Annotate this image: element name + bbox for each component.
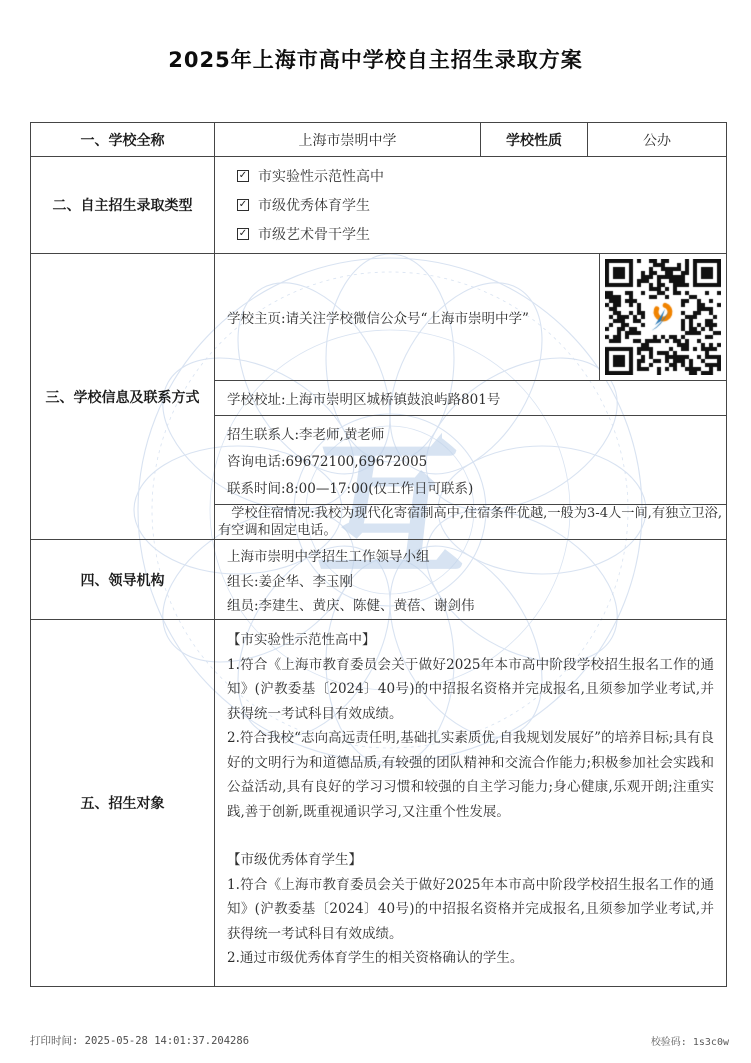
row-enrollment-targets: 五、招生对象 【市实验性示范性高中】 1.符合《上海市教育委员会关于做好2025… (31, 620, 726, 986)
checksum-label: 校验码: (651, 1037, 687, 1048)
leadership-content: 上海市崇明中学招生工作领导小组 组长:姜企华、李玉刚 组员:李建生、黄庆、陈健、… (215, 540, 726, 619)
checked-checkbox-icon: ✓ (237, 170, 249, 182)
homepage-text: 学校主页:请关注学校微信公众号“上海市崇明中学” (215, 254, 599, 380)
option-demonstrative-high-school: ✓ 市实验性示范性高中 (237, 166, 726, 186)
contact-person: 招生联系人:李老师,黄老师 (227, 423, 726, 443)
leadership-members: 组员:李建生、黄庆、陈健、黄蓓、谢剑伟 (227, 594, 726, 614)
leadership-label: 四、领导机构 (31, 540, 215, 619)
school-nature-label: 学校性质 (481, 123, 588, 156)
homepage-subrow: 学校主页:请关注学校微信公众号“上海市崇明中学” (215, 254, 726, 381)
option-sports-students: ✓ 市级优秀体育学生 (237, 195, 726, 215)
qr-code-cell (599, 254, 726, 380)
accommodation-subrow: 学校住宿情况:我校为现代化寄宿制高中,住宿条件优越,一般为3-4人一间,有独立卫… (215, 505, 726, 539)
school-name-value: 上海市崇明中学 (215, 123, 481, 156)
qr-code-icon (605, 259, 721, 375)
leadership-group: 上海市崇明中学招生工作领导小组 (227, 545, 726, 565)
page-title: 2025年上海市高中学校自主招生录取方案 (0, 44, 751, 74)
print-time-value: 2025-05-28 14:01:37.204286 (85, 1035, 249, 1047)
school-info-label: 三、学校信息及联系方式 (31, 254, 215, 539)
targets-paragraph: 2.通过市级优秀体育学生的相关资格确认的学生。 (227, 946, 714, 971)
enrollment-targets-content: 【市实验性示范性高中】 1.符合《上海市教育委员会关于做好2025年本市高中阶段… (215, 620, 726, 986)
row-school-name: 一、学校全称 上海市崇明中学 学校性质 公办 (31, 123, 726, 157)
option-label: 市级艺术骨干学生 (258, 224, 370, 244)
school-name-label: 一、学校全称 (31, 123, 215, 156)
enrollment-type-options: ✓ 市实验性示范性高中 ✓ 市级优秀体育学生 ✓ 市级艺术骨干学生 (215, 157, 726, 253)
option-label: 市实验性示范性高中 (258, 166, 384, 186)
address-subrow: 学校校址:上海市崇明区城桥镇鼓浪屿路801号 (215, 381, 726, 416)
checked-checkbox-icon: ✓ (237, 199, 249, 211)
page-footer: 打印时间: 2025-05-28 14:01:37.204286 校验码: 1s… (30, 1033, 729, 1048)
contact-subrow: 招生联系人:李老师,黄老师 咨询电话:69672100,69672005 联系时… (215, 416, 726, 505)
targets-paragraph: 2.符合我校“志向高远责任明,基础扎实素质优,自我规划发展好”的培养目标;具有良… (227, 726, 714, 824)
targets-section-heading: 【市实验性示范性高中】 (227, 628, 714, 653)
contact-time: 联系时间:8:00—17:00(仅工作日可联系) (227, 477, 726, 497)
targets-blank-line (227, 824, 714, 848)
enrollment-types-label: 二、自主招生录取类型 (31, 157, 215, 253)
checked-checkbox-icon: ✓ (237, 228, 249, 240)
document-page: 互 2025年上海市高中学校自主招生录取方案 一、学校全称 上海市崇明中学 学校… (0, 0, 751, 1063)
checksum: 校验码: 1s3c0w (651, 1033, 729, 1048)
print-time-label: 打印时间: (30, 1035, 78, 1047)
option-arts-students: ✓ 市级艺术骨干学生 (237, 224, 726, 244)
leadership-head: 组长:姜企华、李玉刚 (227, 570, 726, 590)
row-leadership: 四、领导机构 上海市崇明中学招生工作领导小组 组长:姜企华、李玉刚 组员:李建生… (31, 540, 726, 620)
print-time: 打印时间: 2025-05-28 14:01:37.204286 (30, 1033, 249, 1048)
admission-plan-table: 一、学校全称 上海市崇明中学 学校性质 公办 二、自主招生录取类型 ✓ 市实验性… (30, 122, 727, 987)
school-info-content: 学校主页:请关注学校微信公众号“上海市崇明中学” 学校校址:上海市崇明区城桥镇鼓… (215, 254, 726, 539)
enrollment-targets-label: 五、招生对象 (31, 620, 215, 986)
targets-section-heading: 【市级优秀体育学生】 (227, 848, 714, 873)
contact-phone: 咨询电话:69672100,69672005 (227, 450, 726, 470)
row-enrollment-types: 二、自主招生录取类型 ✓ 市实验性示范性高中 ✓ 市级优秀体育学生 ✓ 市级艺术… (31, 157, 726, 254)
targets-paragraph: 1.符合《上海市教育委员会关于做好2025年本市高中阶段学校招生报名工作的通知》… (227, 653, 714, 727)
option-label: 市级优秀体育学生 (258, 195, 370, 215)
school-nature-value: 公办 (588, 123, 726, 156)
row-school-info: 三、学校信息及联系方式 学校主页:请关注学校微信公众号“上海市崇明中学” 学校校… (31, 254, 726, 540)
targets-paragraph: 1.符合《上海市教育委员会关于做好2025年本市高中阶段学校招生报名工作的通知》… (227, 873, 714, 947)
checksum-value: 1s3c0w (693, 1037, 729, 1048)
